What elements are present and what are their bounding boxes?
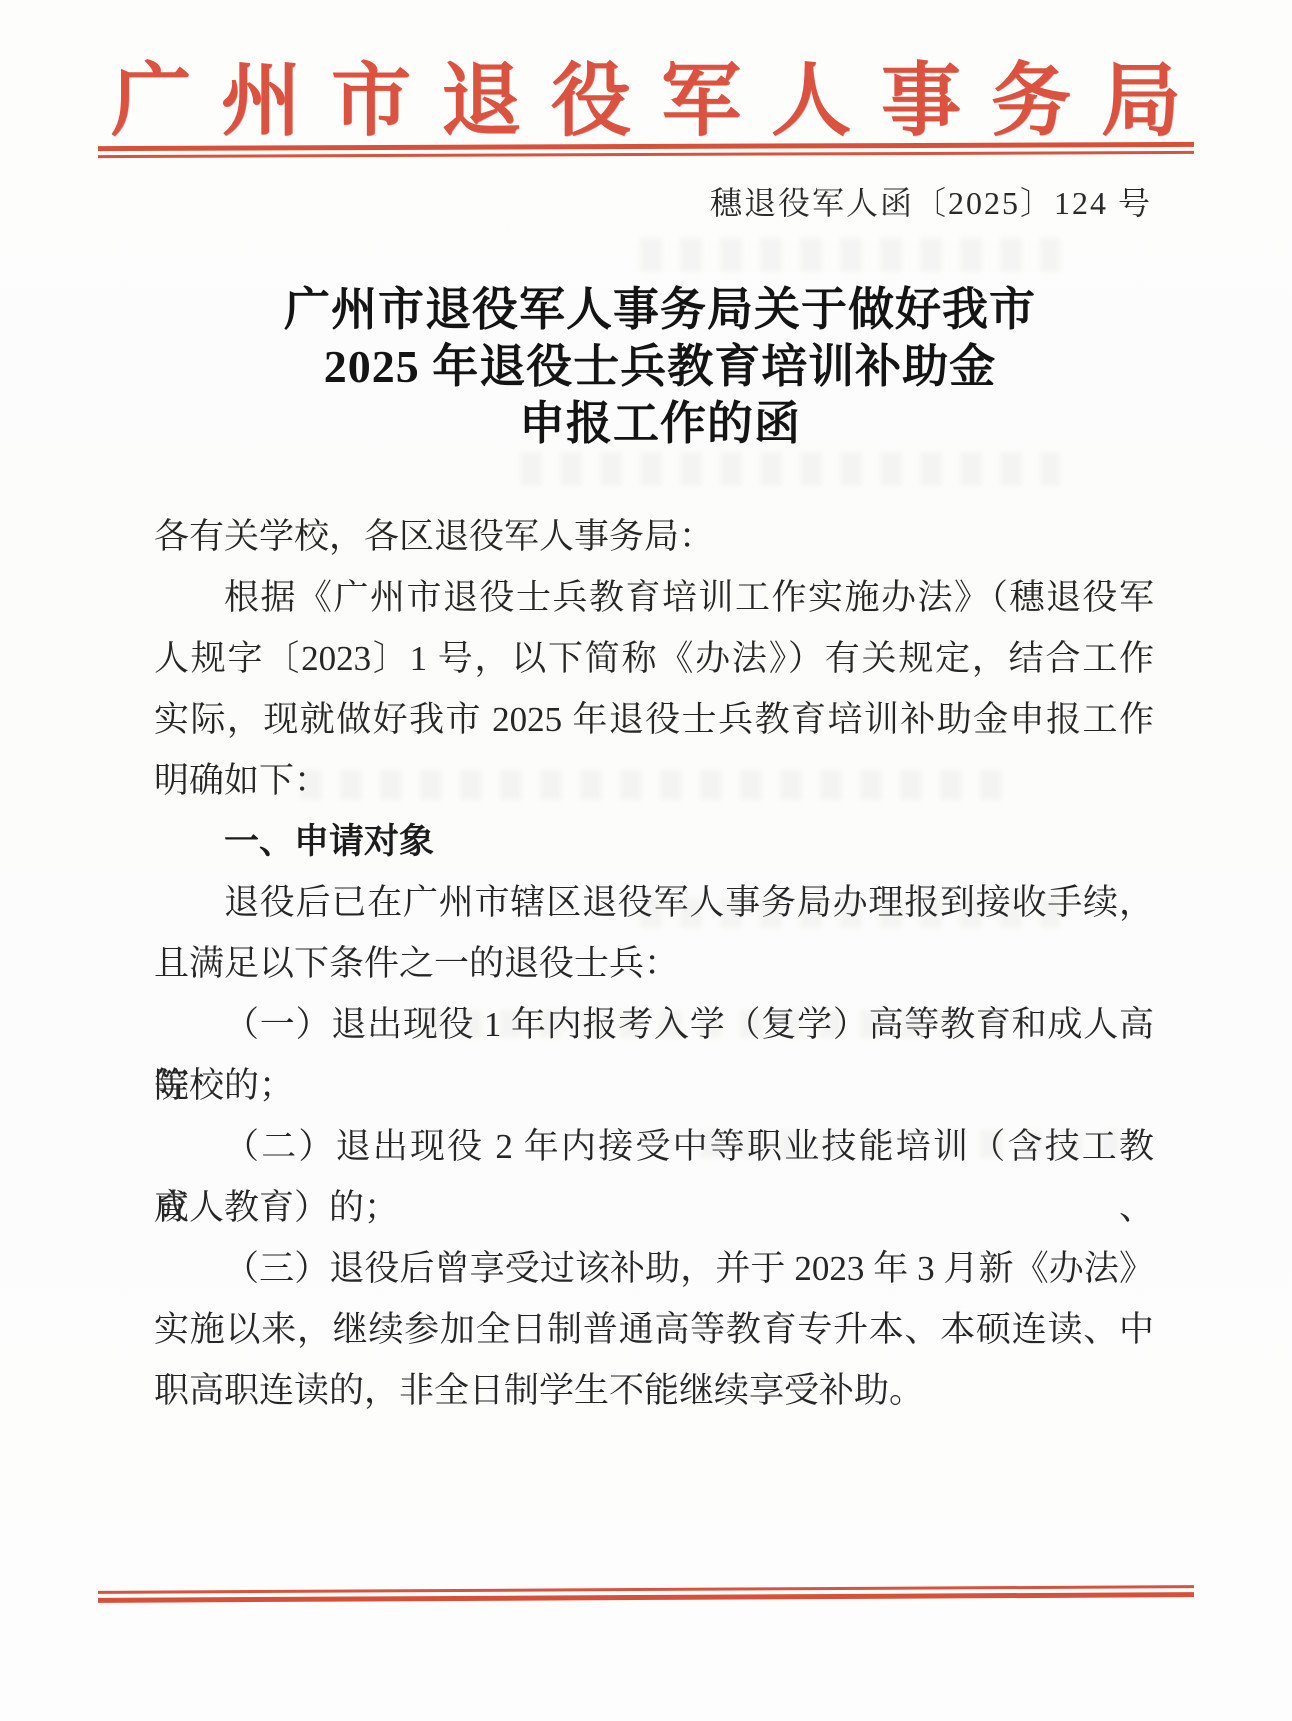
body-line: 各有关学校，各区退役军人事务局：	[154, 506, 1154, 567]
body-line: 职高职连读的，非全日制学生不能继续享受补助。	[154, 1360, 1154, 1421]
body-line: （一）退出现役 1 年内报考入学（复学）高等教育和成人高等	[154, 994, 1154, 1055]
document-body: 各有关学校，各区退役军人事务局：根据《广州市退役士兵教育培训工作实施办法》（穗退…	[154, 506, 1154, 1421]
bleed-through-artifact	[520, 452, 1060, 486]
bleed-through-artifact	[640, 238, 1060, 272]
body-line: 且满足以下条件之一的退役士兵：	[154, 933, 1154, 994]
section-heading: 一、申请对象	[154, 811, 1154, 872]
document-number: 穗退役军人函〔2025〕124 号	[710, 178, 1152, 224]
body-line: 实际，现就做好我市 2025 年退役士兵教育培训补助金申报工作	[154, 689, 1154, 750]
body-line: 院校的；	[154, 1055, 1154, 1116]
header-rule-thin	[98, 151, 1194, 158]
body-line: （三）退役后曾享受过该补助，并于 2023 年 3 月新《办法》	[154, 1238, 1154, 1299]
body-line: 退役后已在广州市辖区退役军人事务局办理报到接收手续，	[154, 872, 1154, 933]
title-line: 广州市退役军人事务局关于做好我市	[160, 281, 1160, 338]
scanned-official-letter-page: 广州市退役军人事务局 穗退役军人函〔2025〕124 号 广州市退役军人事务局关…	[0, 0, 1292, 1721]
body-line: 人规字〔2023〕1 号，以下简称《办法》）有关规定，结合工作	[154, 628, 1154, 689]
body-line: 实施以来，继续参加全日制普通高等教育专升本、本硕连读、中	[154, 1299, 1154, 1360]
body-line: 明确如下：	[154, 750, 1154, 811]
body-line: （二）退出现役 2 年内接受中等职业技能培训（含技工教育、	[154, 1116, 1154, 1177]
footer-rule-thick	[98, 1592, 1194, 1603]
letterhead-agency-name: 广州市退役军人事务局	[0, 36, 1292, 151]
title-line: 申报工作的函	[160, 395, 1160, 452]
title-line: 2025 年退役士兵教育培训补助金	[160, 338, 1160, 395]
body-line: 根据《广州市退役士兵教育培训工作实施办法》（穗退役军	[154, 567, 1154, 628]
document-title: 广州市退役军人事务局关于做好我市2025 年退役士兵教育培训补助金申报工作的函	[160, 281, 1160, 452]
